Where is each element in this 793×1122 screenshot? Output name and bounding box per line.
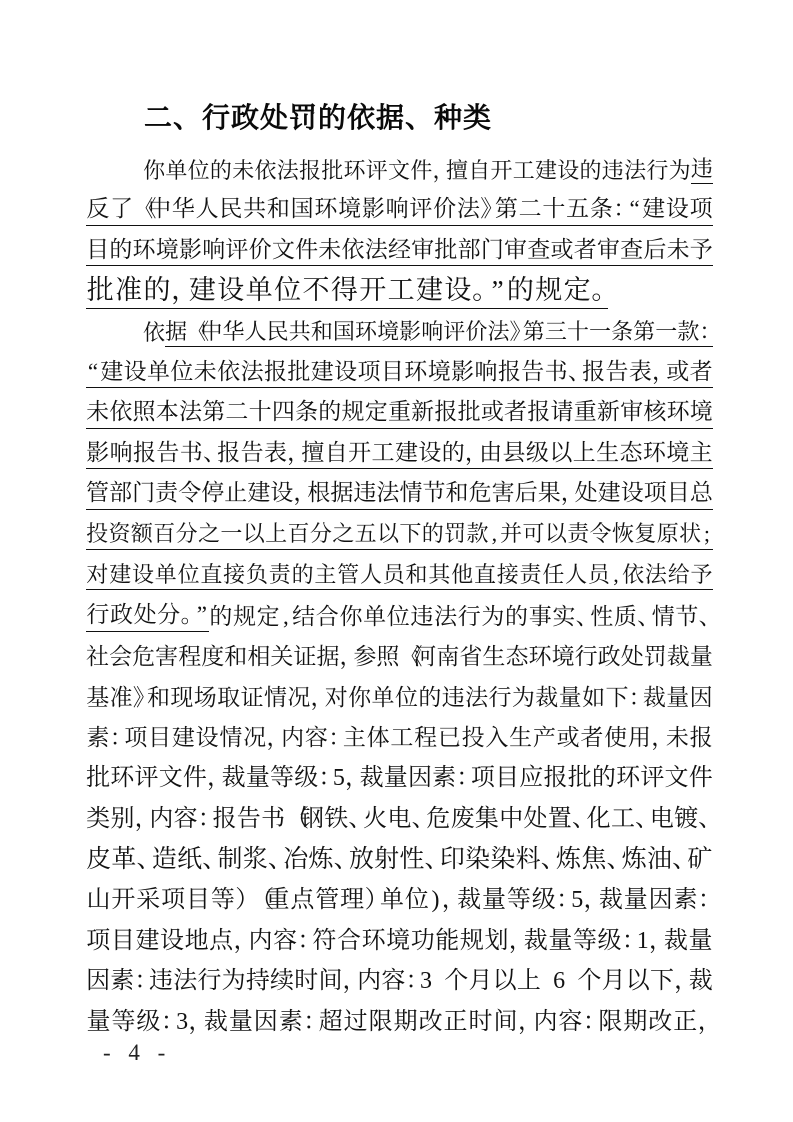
char: 火 — [363, 806, 387, 834]
char: 的 — [210, 158, 232, 183]
underlined-char: 后 — [515, 480, 538, 509]
char: 态 — [505, 644, 528, 670]
char: 批 — [321, 158, 343, 183]
underlined-char: 华 — [222, 319, 244, 347]
underlined-char: 人 — [360, 562, 383, 590]
underlined-char: 令 — [589, 521, 611, 549]
char: 期 — [623, 1009, 648, 1037]
underlined-char: 责 — [567, 521, 589, 549]
underlined-char: 中 — [148, 196, 172, 225]
char: 素 — [110, 968, 134, 996]
underlined-char: 者 — [574, 237, 597, 266]
underlined-char: 任 — [542, 562, 565, 590]
char: 情 — [219, 725, 243, 751]
char: 危 — [132, 644, 155, 670]
underlined-char: 二 — [518, 196, 542, 225]
document-body: 你单位的未依法报批环评文件，擅自开工建设的违法行为违反了《中华人民共和国环境影响… — [86, 150, 713, 1043]
underlined-char: 价 — [465, 319, 487, 347]
underlined-char: 后 — [643, 237, 666, 266]
underlined-char: 员 — [382, 562, 405, 590]
char: 开 — [490, 158, 512, 183]
underlined-char: 境 — [377, 319, 399, 347]
underlined-char: 员 — [588, 562, 611, 590]
underlined-char: 态 — [619, 440, 642, 469]
char: 境 — [552, 644, 575, 670]
underlined-char: 三 — [545, 319, 567, 347]
text-line: 管部门责令停止建设，根据违法情节和危害后果，处建设项目总 — [86, 475, 713, 516]
char: 裁 — [664, 928, 689, 956]
underlined-char: 县 — [502, 440, 525, 469]
char: 钢 — [300, 806, 324, 834]
char: 集 — [475, 806, 499, 834]
underlined-char: 。 — [472, 275, 489, 309]
underlined-char: 他 — [451, 562, 474, 590]
char: 间 — [318, 968, 342, 996]
char: 开 — [111, 887, 136, 915]
char: ： — [456, 765, 471, 793]
char: 设 — [160, 928, 185, 956]
char: 炼 — [308, 846, 333, 875]
underlined-char: 直 — [200, 562, 223, 590]
char: 批 — [568, 765, 592, 793]
underlined-char: 新 — [411, 399, 434, 428]
char: 建 — [135, 928, 160, 956]
underlined-char: 经 — [388, 237, 411, 266]
underlined-char: , — [489, 521, 500, 549]
char: 和 — [224, 644, 247, 670]
underlined-char: 境 — [690, 399, 713, 428]
char: 采 — [136, 887, 161, 915]
char: 证 — [240, 685, 263, 711]
char: ： — [198, 806, 213, 834]
char: 月 — [601, 968, 625, 996]
underlined-char: “ — [628, 196, 642, 225]
underlined-char: 目 — [86, 237, 109, 266]
char: 害 — [155, 644, 178, 670]
underlined-char: 未 — [666, 237, 689, 266]
char: 项 — [161, 887, 186, 915]
char: 法 — [434, 604, 458, 630]
char: 结 — [292, 604, 316, 630]
char: 个 — [444, 968, 468, 996]
underlined-char: 建 — [598, 480, 621, 509]
char: 素 — [278, 1009, 303, 1037]
char: 合 — [337, 928, 362, 956]
char: 况 — [243, 725, 267, 751]
underlined-char: 给 — [667, 562, 690, 590]
char: ， — [188, 1009, 203, 1037]
underlined-char: 投 — [86, 521, 108, 549]
char: 用 — [628, 725, 652, 751]
underlined-char: 十 — [249, 399, 272, 428]
char: 级 — [136, 1009, 161, 1037]
underlined-char: 法 — [179, 399, 202, 428]
underlined-char: ， — [287, 440, 301, 469]
char: 者 — [580, 725, 604, 751]
underlined-char: 部 — [458, 237, 481, 266]
underlined-char: 款 — [466, 521, 488, 549]
underlined-char: 法 — [376, 480, 399, 509]
char: 改 — [418, 1009, 443, 1037]
underlined-char: 目 — [667, 480, 690, 509]
char: 正 — [673, 1009, 698, 1037]
char: 已 — [438, 725, 462, 751]
char: 山 — [86, 887, 111, 915]
underlined-char: 政 — [110, 602, 134, 631]
underlined-char: 建 — [415, 275, 443, 309]
char: 文 — [664, 765, 688, 793]
underlined-char: 接 — [223, 562, 246, 590]
char: 文 — [159, 765, 183, 793]
char: 下 — [605, 685, 628, 711]
char: 项 — [471, 765, 495, 793]
char: , — [280, 604, 292, 630]
char: 内 — [281, 725, 305, 751]
char: 违 — [602, 158, 624, 183]
char: 或 — [556, 725, 580, 751]
char: 单 — [165, 158, 187, 183]
underlined-char: 其 — [428, 562, 451, 590]
underlined-char: 表 — [264, 440, 287, 469]
underlined-char: 项 — [357, 359, 380, 388]
underlined-char: 重 — [388, 399, 411, 428]
underlined-char: 根 — [307, 480, 330, 509]
underlined-char: 十 — [542, 196, 566, 225]
underlined-char: 批 — [458, 399, 481, 428]
char: 符 — [312, 928, 337, 956]
underlined-char: 设 — [418, 440, 441, 469]
char: 危 — [426, 806, 450, 834]
underlined-char: 建 — [395, 440, 418, 469]
char: 情 — [264, 685, 287, 711]
underlined-char: 条 — [611, 319, 633, 347]
underlined-char: 或 — [550, 237, 573, 266]
char: 报 — [299, 158, 321, 183]
char: 化 — [587, 806, 611, 834]
underlined-char: 建 — [642, 196, 666, 225]
char: 工 — [390, 725, 414, 751]
char: 制 — [217, 846, 242, 875]
underlined-char: 书 — [544, 359, 567, 388]
char: ： — [110, 725, 124, 751]
char: ， — [674, 968, 689, 996]
char: 基 — [86, 685, 109, 711]
underlined-char: 情 — [399, 480, 422, 509]
underlined-char: 建 — [109, 562, 132, 590]
underlined-char: 直 — [474, 562, 497, 590]
char: 告 — [237, 806, 261, 834]
char: 工 — [513, 158, 535, 183]
underlined-char: “ — [86, 359, 100, 388]
underlined-char: 民 — [219, 196, 243, 225]
char: 印 — [440, 846, 465, 875]
char: 个 — [577, 968, 601, 996]
char: 过 — [343, 1009, 368, 1037]
underlined-char: 工 — [371, 440, 394, 469]
text-line: 社会危害程度和相关证据，参照《河南省生态环境行政处罚裁量 — [86, 637, 713, 678]
underlined-char: 报 — [264, 359, 287, 388]
char: 行 — [646, 158, 668, 183]
underlined-char: 境 — [428, 359, 451, 388]
char: 期 — [393, 1009, 418, 1037]
underlined-char: 第 — [523, 319, 545, 347]
char: 证 — [293, 644, 316, 670]
char: 、 — [541, 846, 556, 875]
text-line: 量等级：3，裁量因素：超过限期改正时间，内容：限期改正， — [86, 1002, 713, 1043]
underlined-char: 五 — [355, 521, 377, 549]
char: 、 — [672, 846, 687, 875]
char: 单 — [363, 604, 387, 630]
char: 依 — [254, 158, 276, 183]
underlined-char: 目 — [381, 359, 404, 388]
char: 染 — [490, 846, 515, 875]
underlined-char: 果 — [538, 480, 561, 509]
char: 的 — [505, 604, 529, 630]
char: 为 — [668, 158, 690, 183]
underlined-char: 或 — [666, 359, 689, 388]
underlined-char: 复 — [634, 521, 656, 549]
char: 合 — [315, 604, 339, 630]
underlined-char: 得 — [330, 275, 358, 309]
underlined-char: 国 — [333, 319, 355, 347]
underlined-char: 人 — [565, 562, 588, 590]
char: 素 — [86, 725, 110, 751]
underlined-char: 的 — [506, 275, 534, 309]
underlined-char: 一 — [220, 521, 242, 549]
underlined-char: 一 — [589, 319, 611, 347]
underlined-char: 上 — [573, 440, 596, 469]
underlined-char: 未 — [86, 399, 109, 428]
underlined-char: 自 — [325, 440, 348, 469]
char: 处 — [621, 644, 644, 670]
underlined-char: 设 — [123, 359, 146, 388]
underlined-char: 查 — [620, 237, 643, 266]
text-line: 山开采项目等）（重点管理）单位)，裁量等级：5，裁量因素： — [86, 881, 713, 922]
char: 、 — [334, 846, 349, 875]
underlined-char: 管 — [337, 562, 360, 590]
char: ， — [698, 1009, 713, 1037]
char: 级 — [531, 887, 556, 915]
char: 单 — [380, 887, 405, 915]
underlined-char: 状 — [679, 521, 701, 549]
underlined-char: 境 — [338, 196, 362, 225]
char: 社 — [86, 644, 109, 670]
underlined-char: 告 — [605, 359, 628, 388]
char: 规 — [460, 928, 485, 956]
char: 程 — [414, 725, 438, 751]
char: 间 — [493, 1009, 518, 1037]
underlined-char: 人 — [195, 196, 219, 225]
underlined-char: 的 — [291, 562, 314, 590]
char: 报 — [212, 806, 236, 834]
char: 内 — [357, 968, 381, 996]
char: 性 — [399, 846, 424, 875]
underlined-char: 设 — [270, 480, 293, 509]
char: 中 — [499, 806, 523, 834]
underlined-char: 照 — [132, 399, 155, 428]
char: 造 — [152, 846, 177, 875]
underlined-char: 的 — [143, 275, 171, 309]
char: 电 — [650, 806, 674, 834]
underlined-char: 反 — [86, 196, 110, 225]
char: 规 — [233, 604, 257, 630]
char: 擅 — [446, 158, 468, 183]
text-line: 影响报告书、报告表，擅自开工建设的，由县级以上生态环境主 — [86, 434, 713, 475]
underlined-char: 二 — [225, 399, 248, 428]
underlined-char: 上 — [265, 521, 287, 549]
underlined-char: 负 — [246, 562, 269, 590]
underlined-char: 影 — [86, 440, 109, 469]
char: 因 — [689, 685, 712, 711]
char: ： — [161, 1009, 176, 1037]
char: 以 — [493, 968, 517, 996]
char: ， — [583, 887, 598, 915]
char: 裁 — [667, 644, 690, 670]
underlined-char: 《 — [187, 319, 200, 347]
char: 划 — [484, 928, 509, 956]
underlined-char: 响 — [421, 319, 443, 347]
text-line: 批环评文件，裁量等级：5，裁量因素：项目应报批的环评文件 — [86, 759, 713, 800]
char: 照 — [376, 644, 399, 670]
char: 违 — [442, 685, 465, 711]
char: ： — [303, 1009, 318, 1037]
underlined-char: 审 — [411, 237, 434, 266]
char: 类 — [86, 806, 110, 834]
char: 据 — [316, 644, 339, 670]
underlined-char: 者 — [504, 399, 527, 428]
text-line: 皮革、造纸、制浆、冶炼、放射性、印染染料、炼焦、炼油、矿 — [86, 840, 713, 881]
char: 功 — [410, 928, 435, 956]
char: 革 — [111, 846, 136, 875]
text-line: 行政处分。”的规定,结合你单位违法行为的事实、性质、情节、 — [86, 597, 713, 638]
char: 、 — [425, 846, 440, 875]
char: 生 — [509, 725, 533, 751]
underlined-char: 响 — [109, 440, 132, 469]
underlined-char: 响 — [474, 359, 497, 388]
underlined-char: 本 — [156, 399, 179, 428]
underlined-char: 报 — [133, 440, 156, 469]
underlined-char: 请 — [550, 399, 573, 428]
underlined-char: 设 — [217, 275, 245, 309]
underlined-char: 和 — [405, 562, 428, 590]
underlined-char: 据 — [330, 480, 353, 509]
char: ， — [267, 725, 281, 751]
underlined-char: 报 — [582, 359, 605, 388]
underlined-char: 管 — [86, 480, 109, 509]
char: 定 — [256, 604, 280, 630]
underlined-char: 主 — [689, 440, 712, 469]
char: ， — [649, 928, 664, 956]
underlined-char: 可 — [522, 521, 544, 549]
underlined-char: 位 — [170, 359, 193, 388]
underlined-char: 审 — [504, 237, 527, 266]
char: 裁 — [457, 887, 482, 915]
underlined-char: 法 — [645, 562, 668, 590]
char: 量 — [688, 928, 713, 956]
char: 量 — [558, 685, 581, 711]
char: 能 — [435, 928, 460, 956]
char: 依 — [143, 320, 165, 345]
char — [541, 968, 553, 996]
char: 油 — [647, 846, 672, 875]
char: 等 — [270, 765, 294, 793]
underlined-char: 条 — [590, 196, 614, 225]
char: 、 — [698, 806, 713, 834]
char: 裁 — [535, 685, 558, 711]
char: 射 — [374, 846, 399, 875]
char: 放 — [349, 846, 374, 875]
char: 5 — [333, 765, 345, 793]
char: 环 — [343, 158, 365, 183]
char: 、 — [576, 604, 590, 630]
char: 件 — [689, 765, 713, 793]
char: 为 — [481, 604, 505, 630]
char: 地 — [184, 928, 209, 956]
underlined-char: 以 — [377, 521, 399, 549]
char: 境 — [386, 928, 411, 956]
text-line: 素：项目建设情况，内容：主体工程已投入生产或者使用，未报 — [86, 718, 713, 759]
char: 批 — [86, 765, 110, 793]
text-line: 基准》和现场取证情况，对你单位的违法行为裁量如下：裁量因 — [86, 678, 713, 719]
char: 容 — [305, 725, 329, 751]
char: 量 — [623, 887, 648, 915]
underlined-char: 未 — [194, 359, 217, 388]
underlined-char: 分 — [310, 521, 332, 549]
char: 、 — [606, 846, 621, 875]
underlined-char: 的 — [109, 237, 132, 266]
char: 会 — [109, 644, 132, 670]
char: 设 — [195, 725, 219, 751]
underlined-char: 批 — [86, 275, 114, 309]
char: 应 — [519, 765, 543, 793]
char: 等 — [573, 928, 598, 956]
char: 自 — [468, 158, 490, 183]
char: 目 — [495, 765, 519, 793]
char: 时 — [468, 1009, 493, 1037]
char: 情 — [651, 604, 675, 630]
underlined-char: 处 — [575, 480, 598, 509]
char: 实 — [552, 604, 576, 630]
char: 级 — [294, 765, 318, 793]
char: 和 — [147, 685, 170, 711]
underlined-char: 单 — [245, 275, 273, 309]
char: （ — [250, 887, 265, 915]
char: 项 — [86, 928, 111, 956]
char: 你 — [348, 685, 371, 711]
char: 件 — [183, 765, 207, 793]
underlined-char: 害 — [492, 480, 515, 509]
underlined-char: 由 — [479, 440, 502, 469]
underlined-char: 据 — [165, 319, 187, 347]
underlined-char: 行 — [86, 602, 110, 631]
char: 限 — [598, 1009, 623, 1037]
underlined-char: 了 — [110, 196, 134, 225]
char: 法 — [465, 685, 488, 711]
underlined-char: 位 — [177, 562, 200, 590]
underlined-char: 环 — [666, 399, 689, 428]
underlined-char: 建 — [311, 359, 334, 388]
underlined-char: 法 — [365, 237, 388, 266]
underlined-char: 批 — [287, 359, 310, 388]
underlined-char: 依 — [622, 562, 645, 590]
underlined-char: 》 — [510, 319, 523, 347]
char: 对 — [325, 685, 348, 711]
char: 3 — [176, 1009, 188, 1037]
underlined-char: 百 — [287, 521, 309, 549]
underlined-char: 责 — [155, 480, 178, 509]
underlined-char: 报 — [498, 359, 521, 388]
underlined-char: 擅 — [301, 440, 324, 469]
